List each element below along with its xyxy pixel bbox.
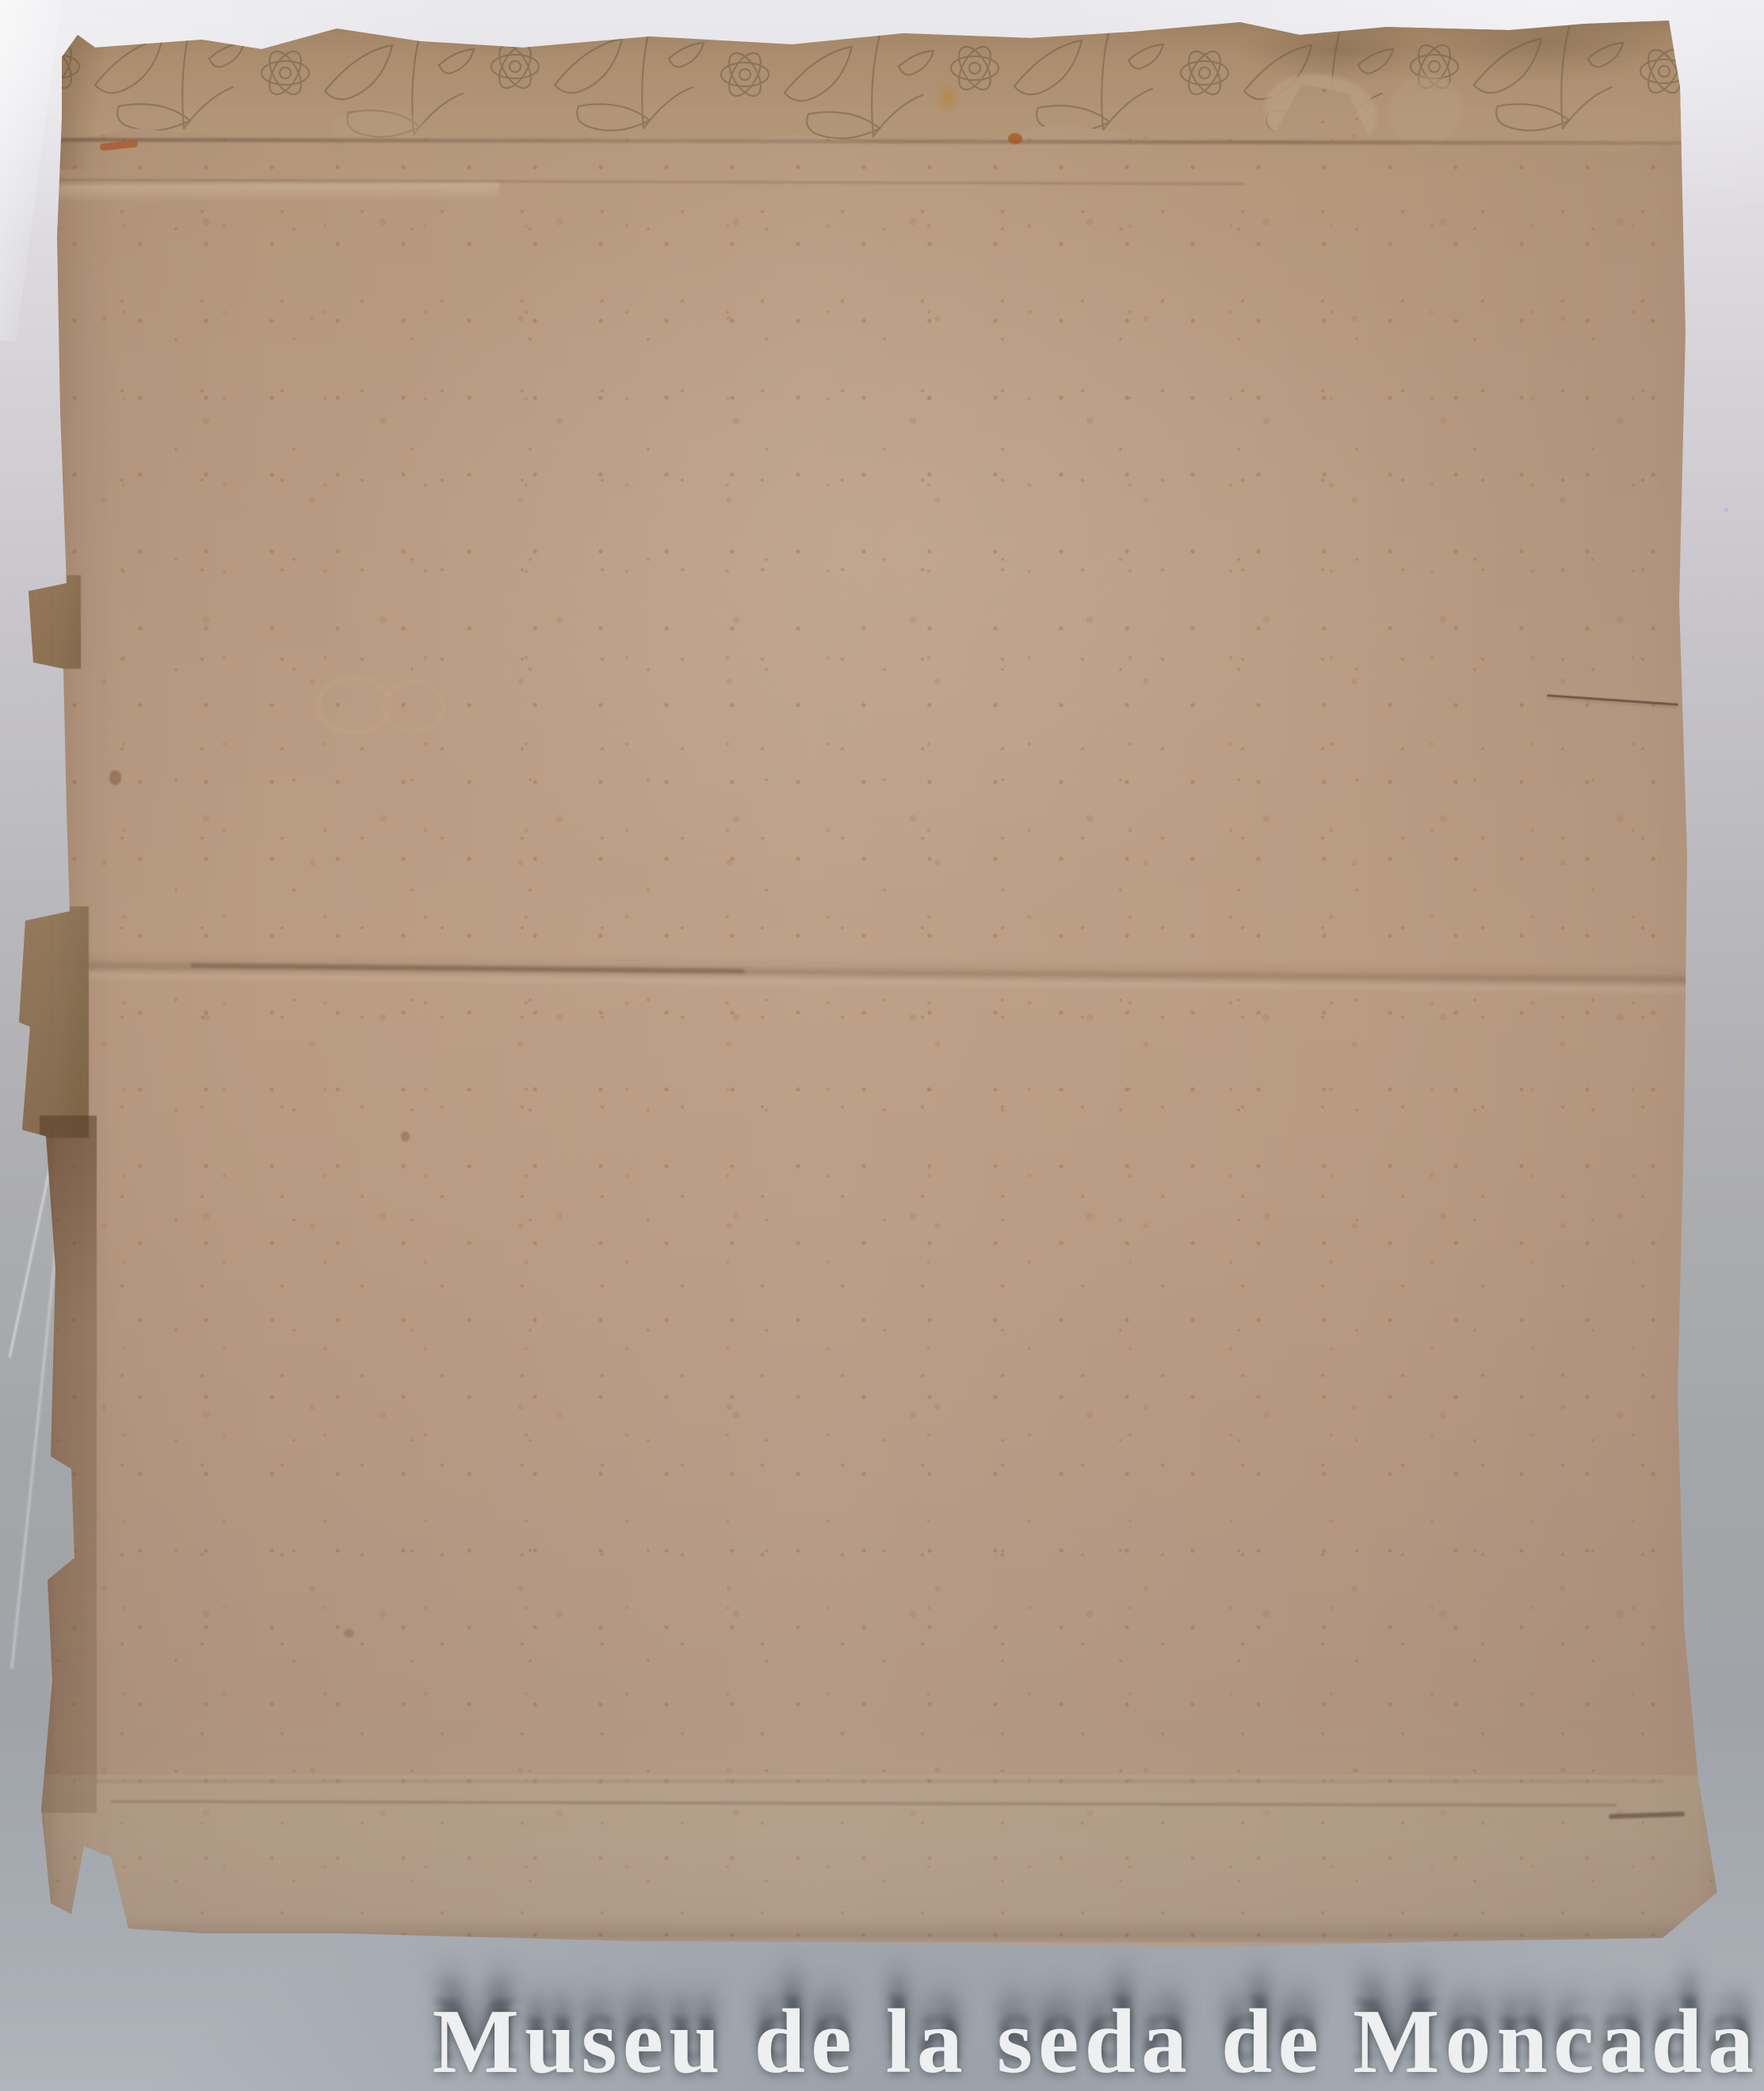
backdrop-sheet-edge-top-left [0, 0, 62, 341]
left-edge-dark-fold [40, 1116, 97, 1813]
dust-speck [1724, 508, 1728, 512]
top-left-corner-shade [49, 35, 105, 170]
strip-bottom-edge-line [48, 138, 1685, 145]
dark-spot [109, 770, 121, 785]
middle-fold-crease-dark [190, 963, 745, 973]
bottom-right-dark-mark [1609, 1811, 1685, 1818]
paper-sheet [0, 0, 1764, 2091]
bottom-worn-band [0, 1775, 1764, 1943]
torn-left-tab [21, 575, 81, 669]
floral-border-strip [0, 0, 1764, 190]
upper-crease-highlight [55, 183, 499, 203]
middle-fold-crease [0, 949, 1764, 996]
photograph: Museu de la seda de Moncada [0, 0, 1764, 2091]
dark-spot [401, 1131, 410, 1142]
bottom-crease [111, 1800, 1617, 1807]
paper-surface [0, 0, 1764, 2091]
rust-stain [100, 140, 139, 151]
dust-speck [1727, 1064, 1731, 1068]
right-edge-crack [1547, 694, 1678, 706]
strip-torn-pale-patch [331, 109, 426, 151]
rust-stain [1008, 133, 1022, 144]
bottom-crease [95, 1780, 1664, 1783]
dark-spot [344, 1629, 354, 1638]
floral-sketch-pattern [0, 10, 1764, 144]
upper-crease [55, 178, 1244, 185]
watermark-text: Museu de la seda de Moncada [432, 1996, 1759, 2088]
rust-stain [937, 82, 959, 114]
strip-torn-pale-patch [1265, 74, 1377, 152]
ring-stain [315, 675, 393, 735]
foxing-speckles [0, 0, 1764, 2091]
strip-torn-pale-patch [1388, 76, 1463, 149]
ring-stain [382, 680, 445, 734]
torn-left-flap [16, 906, 89, 1138]
